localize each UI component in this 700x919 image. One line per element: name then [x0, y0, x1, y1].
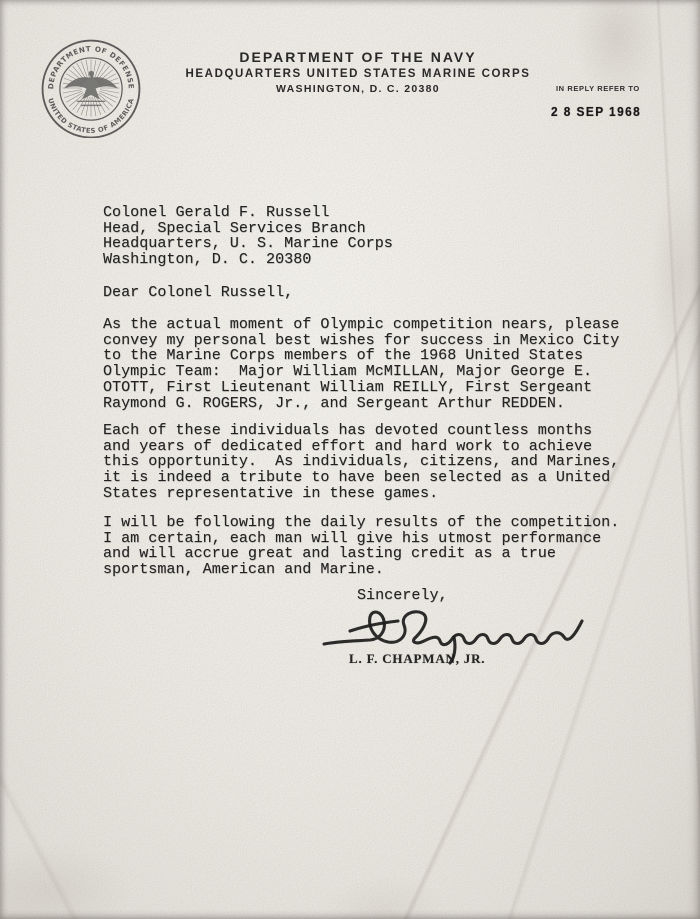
letterhead-line3: WASHINGTON, D. C. 20380: [110, 83, 606, 95]
scanned-letter-page: DEPARTMENT OF DEFENSE UNITED STATES OF A…: [0, 0, 700, 919]
signature-scrawl: [320, 601, 598, 671]
salutation: Dear Colonel Russell,: [103, 285, 643, 301]
reply-refer-label: IN REPLY REFER TO: [556, 84, 640, 93]
body-paragraph-1: As the actual moment of Olympic competit…: [103, 317, 651, 411]
letterhead-line1: DEPARTMENT OF THE NAVY: [110, 49, 606, 65]
date-stamp: 2 8 SEP 1968: [551, 105, 641, 119]
body-paragraph-3: I will be following the daily results of…: [103, 515, 651, 578]
letterhead: DEPARTMENT OF THE NAVY HEADQUARTERS UNIT…: [110, 49, 606, 95]
signature-cross-stroke: [350, 621, 398, 631]
body-paragraph-2: Each of these individuals has devoted co…: [103, 423, 651, 502]
recipient-address: Colonel Gerald F. Russell Head, Special …: [103, 205, 643, 268]
letterhead-line2: HEADQUARTERS UNITED STATES MARINE CORPS: [110, 68, 606, 80]
